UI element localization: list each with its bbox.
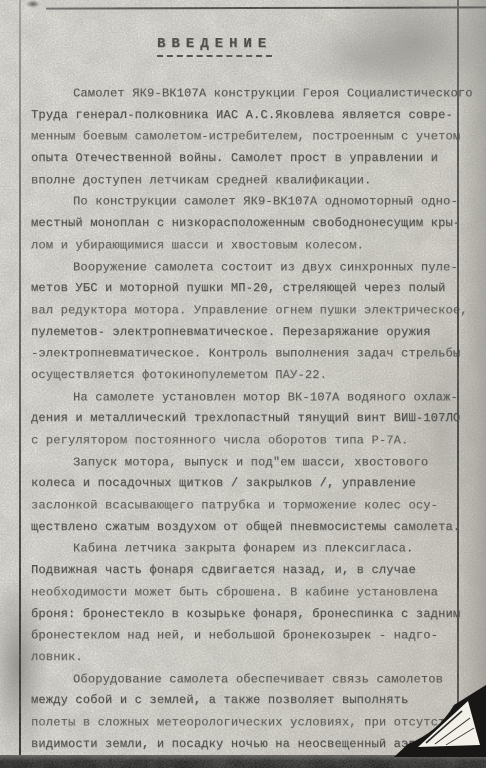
text-line: полеты в сложных метеорологических услов… [31,712,456,734]
text-line: Самолет ЯК9-ВК107А конструкции Героя Соц… [31,83,456,105]
text-line: осуществляется фотокинопулеметом ПАУ-22. [31,365,456,387]
text-line: Оборудование самолета обеспечивает связь… [31,669,456,691]
text-line: между собой и с землей, а также позволяе… [31,690,456,712]
text-line: По конструкции самолет ЯК9-ВК107А одномо… [31,192,456,214]
document-title: ВВЕДЕНИЕ [157,36,272,57]
paragraph: Запуск мотора, выпуск и под"ем шасси, хв… [31,452,456,539]
text-line: вал редуктора мотора. Управление огнем п… [31,300,456,322]
text-line: бронестеклом над ней, и небольшой бронек… [31,625,456,647]
page-corner-fold [394,685,486,757]
text-line: с регулятором постоянного числа оборотов… [31,430,456,452]
text-line: заслонкой всасывающего патрубка и тормож… [31,495,456,517]
paragraph: По конструкции самолет ЯК9-ВК107А одномо… [31,191,456,256]
text-line: местный моноплан с низкорасположенным св… [31,213,456,235]
paragraph: Оборудование самолета обеспечивает связь… [31,669,456,756]
paragraph: Вооружение самолета состоит из двух синх… [31,257,456,387]
paragraph: Кабина летчика закрыта фонарем из плекси… [31,538,456,668]
text-line: опыта Отечественной войны. Самолет прост… [31,148,456,170]
text-line: Труда генерал-полковника ИАС А.С.Яковлев… [31,105,456,127]
text-line: лом и убирающимися шасси и хвостовым кол… [31,235,456,257]
text-line: Подвижная часть фонаря сдвигается назад,… [31,560,456,582]
scan-speck-top-left [26,0,40,8]
text-line: пулеметов- электропневматическое. Переза… [31,322,456,344]
text-line: броня: бронестекло в козырьке фонаря, бр… [31,604,456,626]
text-line: ществлено сжатым воздухом от общей пневм… [31,517,456,539]
text-line: менным боевым самолетом-истребителем, по… [31,127,456,149]
scanned-document-page: ВВЕДЕНИЕ Самолет ЯК9-ВК107А конструкции … [0,0,486,768]
text-line: Вооружение самолета состоит из двух синх… [31,257,456,279]
scan-stain-near-title [290,28,440,88]
text-line: метов УБС и моторной пушки МП-20, стреля… [31,278,456,300]
page-edge-top [46,6,486,9]
paragraph: Самолет ЯК9-ВК107А конструкции Героя Соц… [31,83,456,191]
page-edge-right [457,0,459,756]
text-line: Кабина летчика закрыта фонарем из плекси… [31,539,456,561]
document-body: Самолет ЯК9-ВК107А конструкции Героя Соц… [31,83,456,755]
scan-stain-right-strip [456,0,486,768]
text-line: вполне доступен летчикам средней квалифи… [31,170,456,192]
text-line: ловник. [31,647,456,669]
page-edge-left [19,0,21,756]
text-line: Запуск мотора, выпуск и под"ем шасси, хв… [31,452,456,474]
text-line: необходимости может быть сброшена. В каб… [31,582,456,604]
text-line: На самолете установлен мотор ВК-107А вод… [31,387,456,409]
text-line: -электропневматическое. Контроль выполне… [31,344,456,366]
paragraph: На самолете установлен мотор ВК-107А вод… [31,387,456,452]
text-line: колеса и посадочных щитков / закрылков /… [31,473,456,495]
text-line: видимости земли, и посадку ночью на неос… [31,734,456,756]
text-line: дения и металлический трехлопастный тяну… [31,408,456,430]
